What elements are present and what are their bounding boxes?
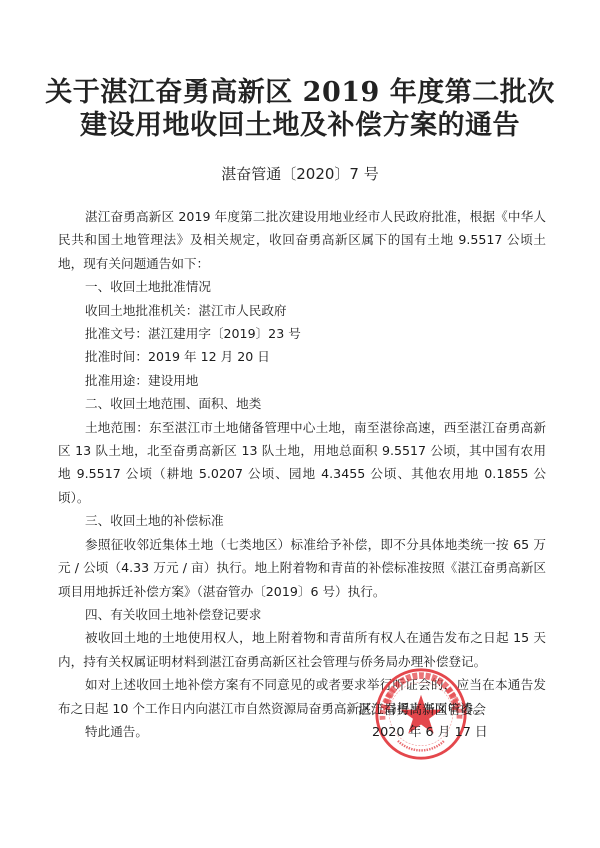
approval-document-number: 批准文号：湛江建用字〔2019〕23 号 [58,322,546,345]
land-scope-paragraph: 土地范围：东至湛江市土地储备管理中心土地，南至湛徐高速，西至湛江奋勇高新区 13… [58,416,546,510]
section-heading-1: 一、收回土地批准情况 [58,275,546,298]
section-heading-2: 二、收回土地范围、面积、地类 [58,392,546,415]
signing-date: 2020 年 6 月 17 日 [358,722,518,744]
document-title: 关于湛江奋勇高新区 2019 年度第二批次 建设用地收回土地及补偿方案的通告 [0,76,600,142]
intro-paragraph: 湛江奋勇高新区 2019 年度第二批次建设用地业经市人民政府批准，根据《中华人民… [58,205,546,275]
compensation-standard-paragraph: 参照征收邻近集体土地（七类地区）标准给予补偿，即不分具体地类统一按 65 万元 … [58,533,546,603]
signature-block: 湛江奋勇高新区管委会 2020 年 6 月 17 日 [358,700,518,744]
document-number: 湛奋管通〔2020〕7 号 [0,164,600,184]
section-heading-4: 四、有关收回土地补偿登记要求 [58,603,546,626]
title-line-2: 建设用地收回土地及补偿方案的通告 [0,109,600,142]
signing-organization: 湛江奋勇高新区管委会 [358,700,518,722]
approval-purpose: 批准用途：建设用地 [58,369,546,392]
title-line-1: 关于湛江奋勇高新区 2019 年度第二批次 [0,76,600,109]
approval-date: 批准时间：2019 年 12 月 20 日 [58,345,546,368]
section-heading-3: 三、收回土地的补偿标准 [58,509,546,532]
document-body: 湛江奋勇高新区 2019 年度第二批次建设用地业经市人民政府批准，根据《中华人民… [58,205,546,743]
registration-paragraph: 被收回土地的土地使用权人，地上附着物和青苗所有权人在通告发布之日起 15 天内，… [58,626,546,673]
approval-authority: 收回土地批准机关：湛江市人民政府 [58,299,546,322]
